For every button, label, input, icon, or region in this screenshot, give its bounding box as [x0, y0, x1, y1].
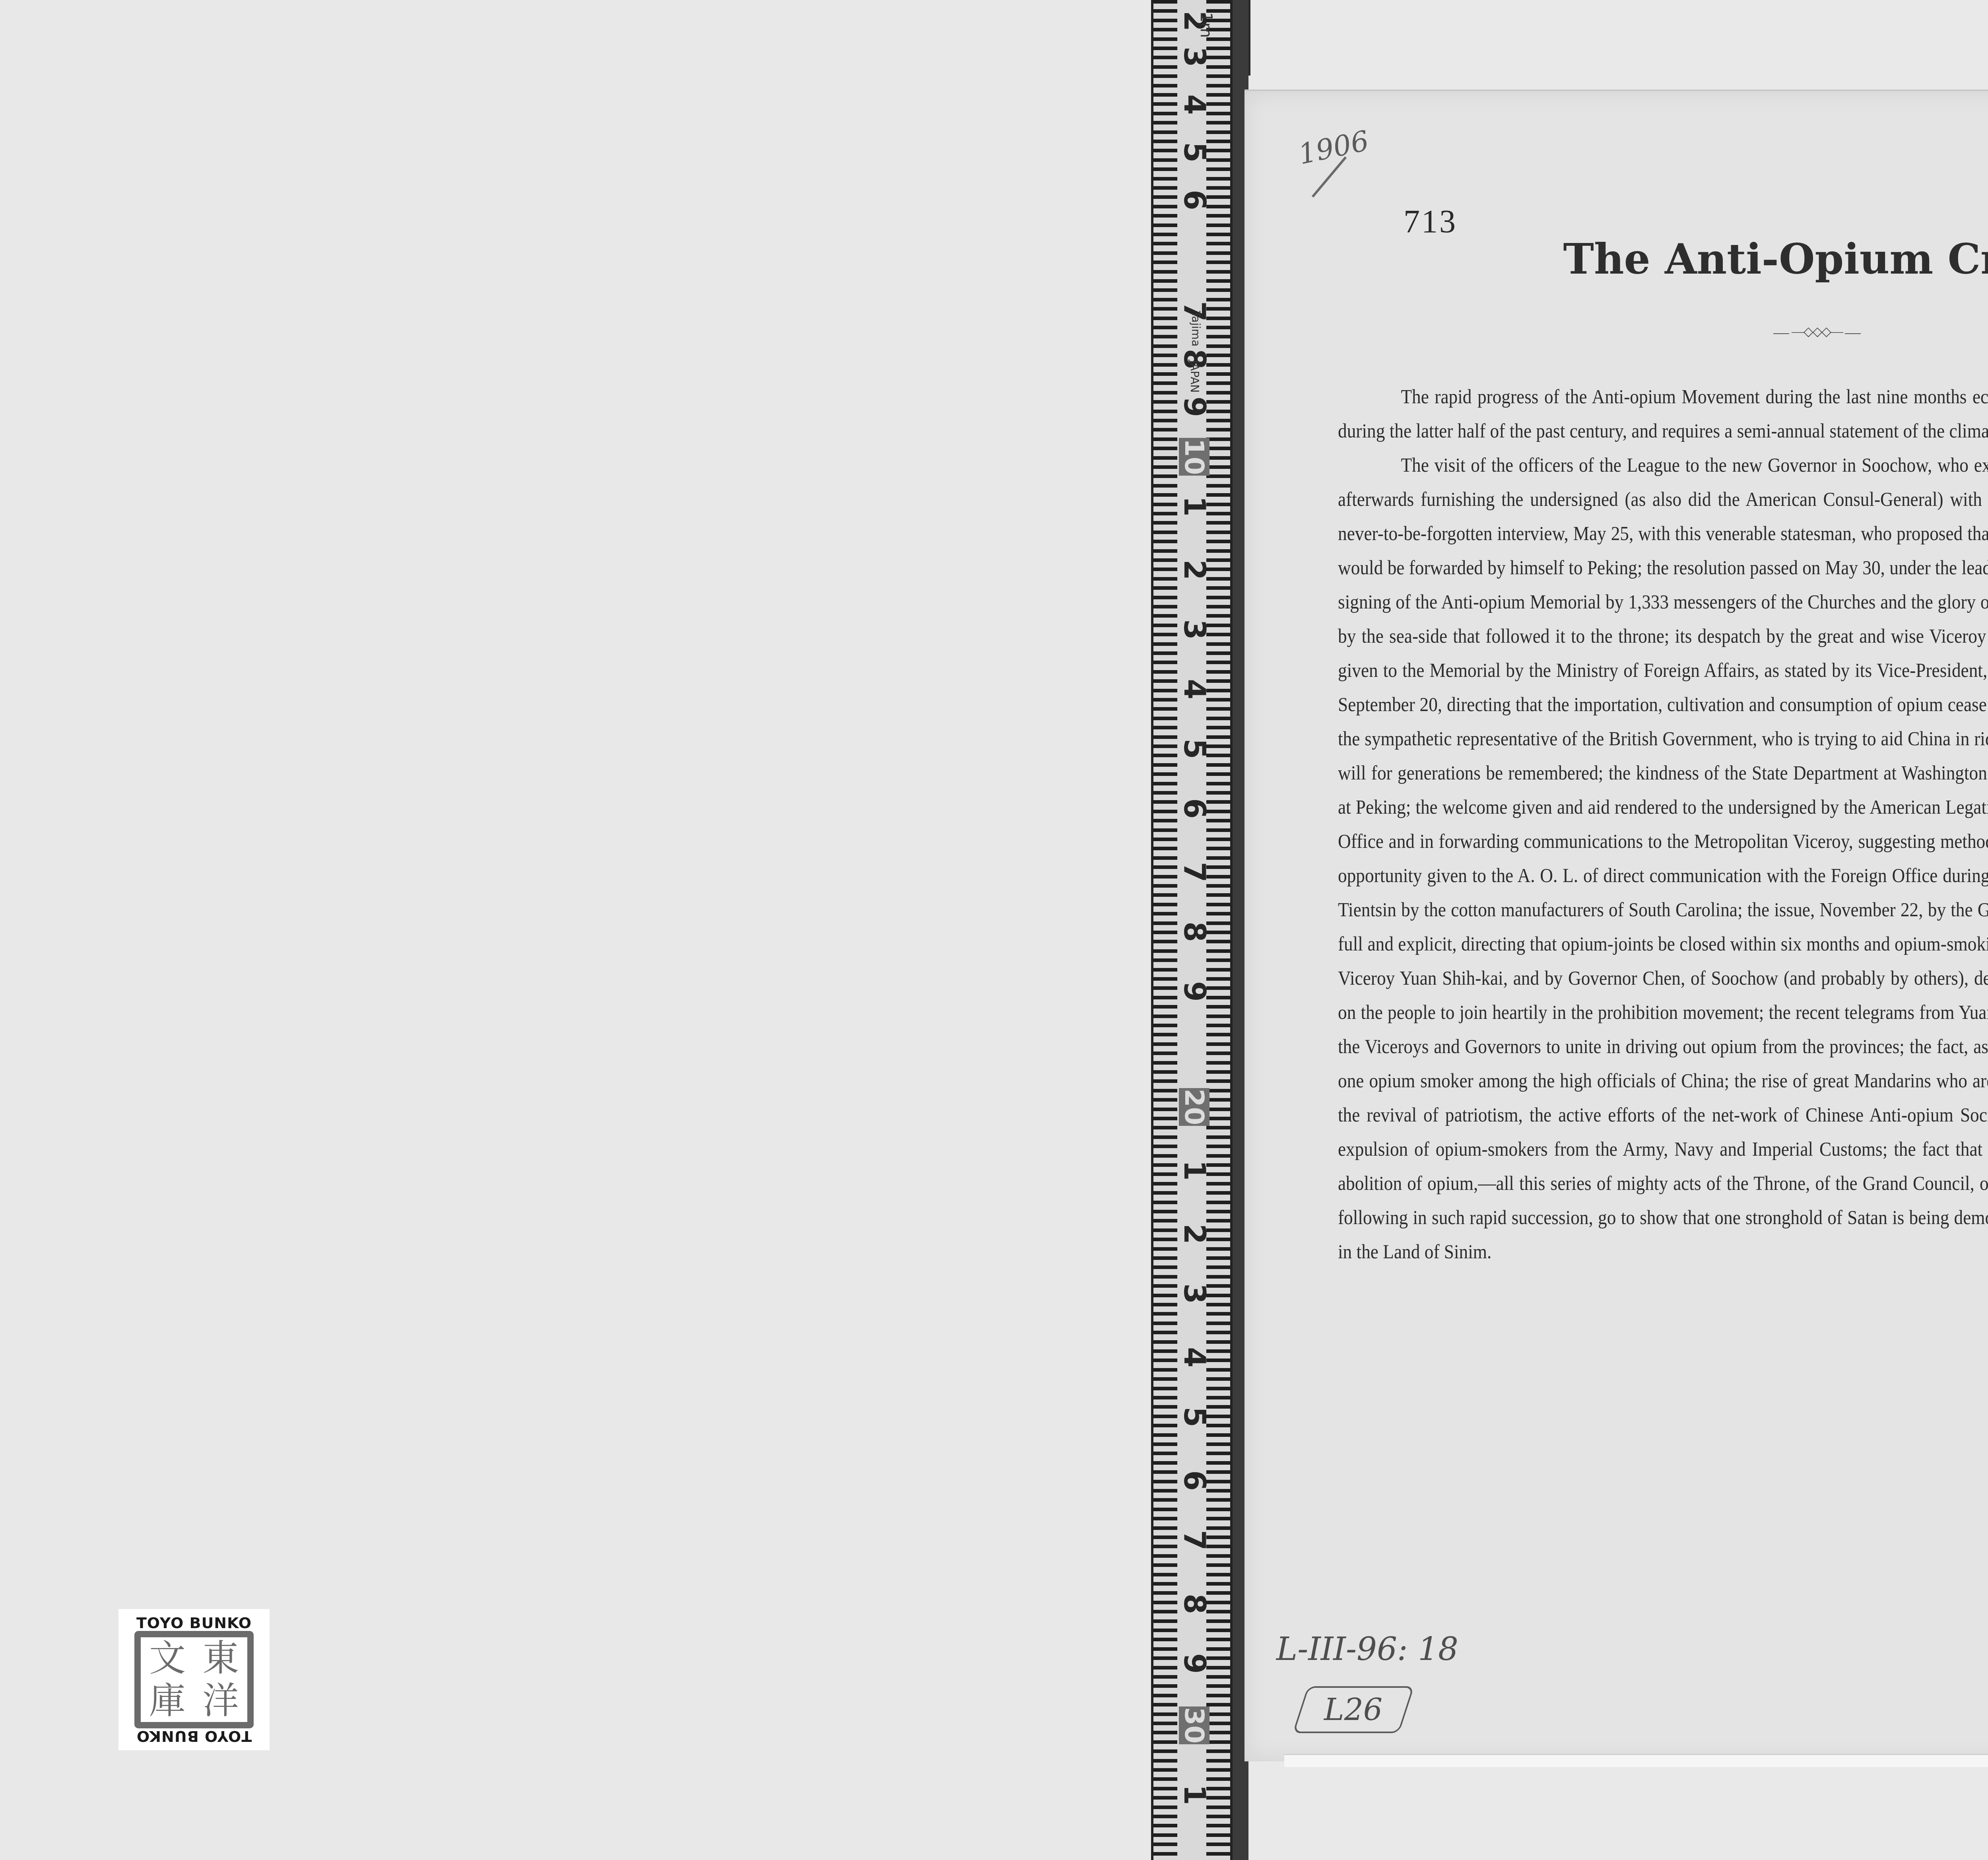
ruler-number: 8 [1177, 915, 1211, 949]
ruler-number: 6 [1177, 792, 1211, 826]
events-part-1: The visit of the officers of the League … [1338, 454, 1988, 921]
ruler-unit-label: 1m [1197, 12, 1215, 38]
paragraph-events: The visit of the officers of the League … [1338, 448, 1988, 1269]
ruler-country: JAPAN [1188, 360, 1201, 393]
document-body: The rapid progress of the Anti-opium Mov… [1338, 380, 1988, 1269]
ruler-number: 7 [1177, 855, 1211, 889]
ruler-number: 6 [1177, 183, 1211, 217]
ruler-number: 2 [1177, 1217, 1211, 1251]
ornament-glyph: —◇◇◇— [1789, 324, 1845, 338]
page-underlay [1284, 1754, 1988, 1767]
ruler-number: 9 [1177, 975, 1211, 1009]
ruler-number: 6 [1177, 1464, 1211, 1498]
toyo-bunko-stamp-left: TOYO BUNKO 文 東 庫 洋 TOYO BUNKO [118, 1609, 270, 1750]
stamp-bottom-text: TOYO BUNKO [136, 1729, 252, 1744]
ruler-number: 5 [1177, 136, 1211, 169]
paragraph-intro: The rapid progress of the Anti-opium Mov… [1338, 380, 1988, 448]
ruler-number: 2 [1177, 553, 1211, 587]
seal-icon: 文 東 庫 洋 [134, 1631, 254, 1728]
shelf-box-label: L26 [1324, 1688, 1382, 1732]
document-title: The Anti-Opium Crisis. [1471, 235, 1988, 284]
page-number: 713 [1404, 203, 1457, 240]
ruler-brand: Tajima [1189, 311, 1202, 347]
ruler-number: 1 [1177, 1154, 1211, 1188]
left-blank-page [0, 0, 1153, 1860]
ruler-ticks-left [1153, 0, 1177, 1860]
ruler-number: 1 [1177, 490, 1211, 523]
ruler-number-boxed: 20 [1179, 1088, 1209, 1126]
title-ornament: —◇◇◇— [1773, 333, 1861, 336]
ruler-number-boxed: 10 [1179, 438, 1209, 476]
ruler-number: 3 [1177, 1277, 1211, 1311]
shelf-box: L26 [1293, 1686, 1414, 1733]
ruler-number: 1 [1177, 1778, 1211, 1812]
stamp-top-text: TOYO BUNKO [136, 1615, 252, 1631]
shelf-mark: L-III-96: 18 [1276, 1631, 1458, 1668]
ruler-number: 4 [1177, 672, 1211, 706]
events-part-2: , so full and explicit, directing that o… [1338, 898, 1988, 1263]
ruler-number: 7 [1177, 1524, 1211, 1557]
seal-char: 洋 [194, 1683, 247, 1719]
ruler-number: 9 [1177, 1647, 1211, 1681]
seal-char: 東 [194, 1640, 247, 1677]
ruler-number: 5 [1177, 1400, 1211, 1434]
ruler-number: 4 [1177, 88, 1211, 122]
ruler-number: 8 [1177, 1587, 1211, 1621]
ruler-number: 4 [1177, 1341, 1211, 1374]
measuring-ruler: 2 1m 3 4 5 6 7 Tajima 8 JAPAN 9 10 1 2 3… [1151, 0, 1233, 1860]
ruler-number-boxed: 30 [1179, 1706, 1209, 1744]
ruler-number: 5 [1177, 732, 1211, 766]
ruler-number: 9 [1177, 390, 1211, 424]
ruler-number: 3 [1177, 40, 1211, 74]
ruler-number: 3 [1177, 613, 1211, 647]
seal-char: 庫 [141, 1683, 194, 1719]
seal-char: 文 [141, 1640, 194, 1677]
